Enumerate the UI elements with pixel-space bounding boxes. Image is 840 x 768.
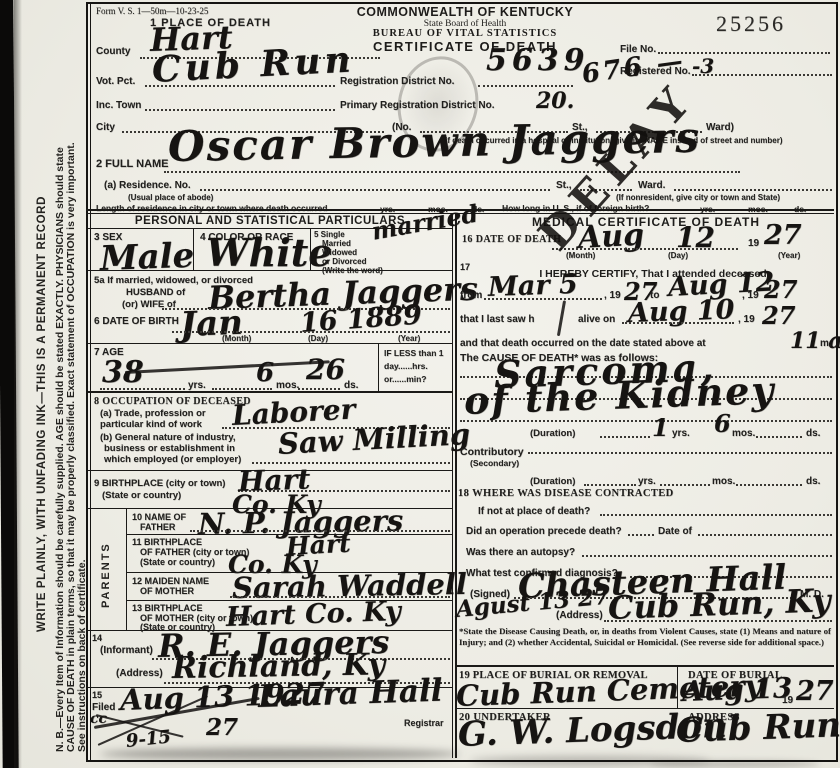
- signed-address-label: (Address): [556, 610, 603, 621]
- mother-bp-label: 13 BIRTHPLACE: [132, 603, 203, 613]
- residence-ward-label: Ward.: [638, 180, 665, 191]
- full-name-label: 2 FULL NAME: [96, 158, 169, 170]
- last-saw-label: that I last saw h: [460, 314, 534, 325]
- mos-label: mos.: [276, 380, 299, 391]
- leader-line: [584, 484, 636, 486]
- birthplace-label2: (State or country): [102, 490, 181, 501]
- occupation-label: 8 OCCUPATION OF DECEASED: [94, 396, 251, 407]
- leader-line: [604, 620, 832, 622]
- leader-line: [674, 189, 832, 191]
- informant-number: 14: [92, 633, 102, 643]
- disease-contracted-title: 18 WHERE WAS DISEASE CONTRACTED: [458, 488, 674, 499]
- ds-label: ds.: [806, 428, 820, 439]
- yrs-label: yrs.: [672, 428, 690, 439]
- attended-from-value: Mar 5: [488, 271, 579, 301]
- comma-19: , 19: [742, 290, 759, 301]
- commonwealth-title: COMMONWEALTH OF KENTUCKY: [330, 5, 600, 19]
- age-ds-value: 26: [306, 356, 345, 384]
- leader-line: [736, 484, 802, 486]
- duration2-label: (Duration): [530, 476, 575, 487]
- serial-number: 25256: [716, 11, 786, 37]
- dod-day-caption: (Day): [668, 251, 688, 260]
- rule-line: [455, 665, 834, 667]
- certify-number: 17: [460, 262, 470, 272]
- father-name-label2: FATHER: [140, 522, 175, 532]
- ifless-label: or......min?: [384, 374, 427, 384]
- abode-note: (Usual place of abode): [128, 193, 213, 202]
- father-name-label: 10 NAME OF: [132, 512, 186, 522]
- yrs-label: yrs.: [638, 476, 656, 487]
- leader-line: [622, 322, 734, 324]
- leader-line: [100, 388, 185, 390]
- yrs-label: yrs.: [188, 380, 206, 391]
- rule-line: [193, 228, 194, 270]
- leader-line: [212, 388, 272, 390]
- vot-pct-value: Cub Run: [151, 41, 355, 88]
- city-ward-label: Ward): [706, 122, 734, 133]
- leader-line: [600, 514, 832, 516]
- race-value: White: [206, 234, 332, 272]
- marital-label: Widowed: [322, 248, 357, 257]
- informant-address-label: (Address): [116, 668, 163, 679]
- comma-19: , 19: [604, 290, 621, 301]
- leader-line: [200, 189, 550, 191]
- occupation-a-label: (a) Trade, profession or: [100, 408, 206, 419]
- registered-no-value: -3: [692, 56, 714, 76]
- margin-note-nb: N. B.—Every Item of Information should b…: [55, 132, 88, 752]
- signed-address-value: Cub Run, Ky: [607, 584, 831, 624]
- leader-line: [172, 331, 450, 333]
- leader-line: [756, 436, 802, 438]
- comma-19: , 19: [738, 314, 755, 325]
- rule-line: [88, 270, 452, 271]
- marital-label: 5 Single: [314, 230, 345, 239]
- death-time-value: 11 a: [790, 330, 840, 352]
- ifless-label: IF LESS than 1: [384, 348, 444, 358]
- rule-line: [310, 228, 311, 270]
- nonresident-note: (If nonresident, give city or town and S…: [616, 193, 780, 202]
- father-bp-label: 11 BIRTHPLACE: [132, 537, 202, 547]
- duration-label: (Duration): [530, 428, 575, 439]
- ifless-label: day......hrs.: [384, 361, 428, 371]
- form-number: Form V. S. 1—50m—10-23-25: [96, 6, 208, 16]
- filed-scribble-c: 27: [206, 716, 238, 739]
- date-of-label: Date of: [658, 526, 692, 537]
- mother-name-label: 12 MAIDEN NAME: [132, 576, 209, 586]
- operation-question: Did an operation precede death?: [466, 526, 622, 537]
- mother-name-label2: OF MOTHER: [140, 586, 194, 596]
- marital-label: or Divorced: [322, 257, 366, 266]
- county-label: County: [96, 46, 130, 57]
- bureau-subtitle: BUREAU OF VITAL STATISTICS: [330, 28, 600, 39]
- last-saw-year: 27: [762, 304, 795, 328]
- registrar-label: Registrar: [404, 718, 444, 728]
- death-certificate-scan: WRITE PLAINLY, WITH UNFADING INK—THIS IS…: [0, 0, 840, 768]
- residence-label: (a) Residence. No.: [104, 180, 191, 191]
- margin-note-permanent: WRITE PLAINLY, WITH UNFADING INK—THIS IS…: [36, 152, 48, 632]
- marital-label: Married: [322, 239, 351, 248]
- rule-line: [88, 391, 452, 393]
- leader-line: [600, 436, 650, 438]
- leader-line: [582, 555, 832, 557]
- attended-to-year: 27: [764, 278, 797, 302]
- city-label: City: [96, 122, 115, 133]
- rule-line: [126, 508, 127, 630]
- leader-line: [628, 534, 654, 536]
- duration-mos-value: 6: [714, 412, 731, 436]
- leader-line: [298, 388, 340, 390]
- reg-district-value: 5639: [486, 46, 590, 76]
- ds-label: ds.: [344, 380, 358, 391]
- not-at-place-question: If not at place of death?: [478, 506, 590, 517]
- birthplace-label: 9 BIRTHPLACE (city or town): [94, 478, 225, 489]
- ds-label: ds.: [806, 476, 820, 487]
- parents-label: PARENTS: [100, 518, 112, 608]
- dod-year-caption: (Year): [778, 251, 800, 260]
- filed-number: 15: [92, 690, 102, 700]
- reg-district-label: Registration District No.: [340, 76, 454, 87]
- occupation-b-label: (b) General nature of industry,: [100, 432, 235, 443]
- rule-line: [378, 343, 379, 391]
- husband-of-label: HUSBAND of: [126, 287, 185, 298]
- burial-date-year: 27: [796, 678, 834, 705]
- printed-19: 19: [748, 238, 759, 249]
- dob-month-caption: (Month): [222, 334, 251, 343]
- rule-line: [88, 343, 452, 344]
- occupation-b-label2: business or establishment in: [104, 443, 235, 454]
- occupation-b-label3: which employed (or employer): [104, 454, 241, 465]
- dob-day-caption: (Day): [308, 334, 328, 343]
- dob-year-caption: (Year): [398, 334, 420, 343]
- inc-town-label: Inc. Town: [96, 100, 141, 111]
- occupation-a-label2: particular kind of work: [100, 419, 202, 430]
- dob-label: 6 DATE OF BIRTH: [94, 316, 179, 327]
- leader-line: [528, 452, 832, 454]
- informant-label: (Informant): [100, 645, 153, 656]
- burial-date-value: Aug 13: [682, 674, 793, 706]
- secondary-label: (Secondary): [470, 458, 519, 468]
- contributory-label: Contributory: [460, 446, 524, 458]
- printed-19: 19: [782, 695, 793, 706]
- primary-reg-label: Primary Registration District No.: [340, 100, 494, 111]
- vot-pct-label: Vot. Pct.: [96, 76, 135, 87]
- m-label: m.: [820, 338, 832, 349]
- alive-on-label: alive on: [578, 314, 615, 325]
- leader-line: [145, 109, 335, 111]
- autopsy-question: Was there an autopsy?: [466, 547, 575, 558]
- mos-label: mos.: [732, 428, 755, 439]
- from-label: from: [460, 290, 482, 301]
- mos-label: mos.: [712, 476, 735, 487]
- leader-line: [484, 298, 602, 300]
- age-yrs-value: 38: [102, 358, 144, 388]
- leader-line: [660, 484, 710, 486]
- age-mos-value: 6: [256, 360, 274, 386]
- cause-footnote: *State the Disease Causing Death, or, in…: [459, 626, 831, 647]
- leader-line: [698, 534, 832, 536]
- father-bp-label3: (State or country): [140, 557, 215, 567]
- length-residence-label: Length of residence in city or town wher…: [96, 203, 327, 213]
- date-of-death-year: 27: [764, 222, 802, 249]
- undertaker-address-value: Cub Run: [675, 708, 840, 748]
- duration-yrs-value: 1: [652, 416, 669, 440]
- leader-line: [478, 85, 573, 87]
- registrar-signature: Laura Hall: [257, 676, 443, 713]
- leader-line: [164, 171, 740, 173]
- scan-edge-soft: [14, 0, 22, 768]
- leader-line: [552, 248, 738, 250]
- primary-reg-value: 20.: [536, 90, 574, 112]
